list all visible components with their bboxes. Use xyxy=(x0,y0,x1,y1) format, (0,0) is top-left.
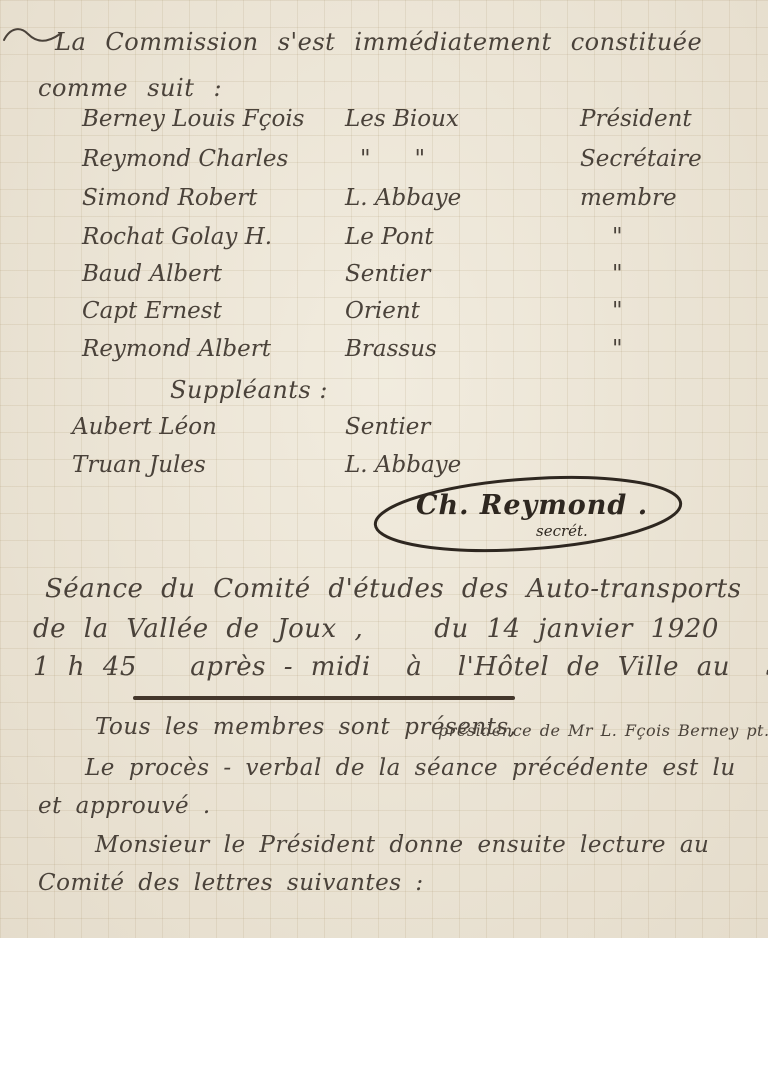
member-name: Truan Jules xyxy=(72,452,206,478)
member-role: Président xyxy=(580,106,692,132)
proces-verbal-line-1: Le procès - verbal de la séance précéden… xyxy=(85,755,736,781)
ditto-mark: " xyxy=(612,336,623,362)
member-place: Les Bioux xyxy=(345,106,459,132)
committee-row: Capt Ernest Orient " xyxy=(0,298,768,336)
member-place: Le Pont xyxy=(345,224,434,250)
member-place: Orient xyxy=(345,298,420,324)
member-place: Brassus xyxy=(345,336,437,362)
suppleant-row: Aubert Léon Sentier xyxy=(0,414,768,452)
member-name: Berney Louis Fçois xyxy=(82,106,305,132)
member-name: Reymond Albert xyxy=(82,336,271,362)
session-heading-line-2: de la Vallée de Joux , du 14 janvier 192… xyxy=(33,614,768,644)
member-name: Aubert Léon xyxy=(72,414,217,440)
grid-paper-background: La Commission s'est immédiatement consti… xyxy=(0,0,768,938)
heading-underline-rule xyxy=(133,696,515,700)
committee-row: Reymond Charles " " Secrétaire xyxy=(0,146,768,184)
intro-line-1: La Commission s'est immédiatement consti… xyxy=(55,28,702,56)
signature-name: Ch. Reymond . xyxy=(416,490,648,521)
committee-row: Rochat Golay H. Le Pont " xyxy=(0,224,768,262)
member-name: Baud Albert xyxy=(82,261,222,287)
member-place: Sentier xyxy=(345,414,430,440)
committee-row: Simond Robert L. Abbaye membre xyxy=(0,185,768,223)
suppleants-heading: Suppléants : xyxy=(170,376,328,404)
member-role: membre xyxy=(580,185,677,211)
ditto-mark: " xyxy=(612,224,623,250)
member-name: Capt Ernest xyxy=(82,298,222,324)
intro-line-2: comme suit : xyxy=(38,74,222,102)
member-name: Rochat Golay H. xyxy=(82,224,272,250)
scanned-manuscript-page: La Commission s'est immédiatement consti… xyxy=(0,0,768,1086)
attendance-presidence-note: présidence de Mr L. Fçois Berney pt. xyxy=(438,721,768,740)
member-place: Sentier xyxy=(345,261,430,287)
member-role: Secrétaire xyxy=(580,146,702,172)
member-place: L. Abbaye xyxy=(345,185,461,211)
ditto-mark: " xyxy=(612,261,623,287)
ditto-mark: " xyxy=(612,298,623,324)
session-heading-line-1: Séance du Comité d'études des Auto-trans… xyxy=(45,574,741,604)
committee-row: Baud Albert Sentier " xyxy=(0,261,768,299)
scan-white-margin xyxy=(0,938,768,1086)
signature-title: secrét. xyxy=(536,522,588,540)
signature-block: Ch. Reymond . secrét. xyxy=(368,464,690,560)
member-name: Simond Robert xyxy=(82,185,257,211)
lecture-line-1: Monsieur le Président donne ensuite lect… xyxy=(95,832,709,858)
member-name: Reymond Charles xyxy=(82,146,288,172)
ditto-marks: " " xyxy=(360,146,425,172)
session-heading-line-3: 1 h 45 après - midi à l'Hôtel de Ville a… xyxy=(33,652,768,682)
committee-row: Reymond Albert Brassus " xyxy=(0,336,768,374)
proces-verbal-line-2: et approuvé . xyxy=(38,793,211,819)
lecture-line-2: Comité des lettres suivantes : xyxy=(38,870,424,896)
committee-row: Berney Louis Fçois Les Bioux Président xyxy=(0,106,768,144)
